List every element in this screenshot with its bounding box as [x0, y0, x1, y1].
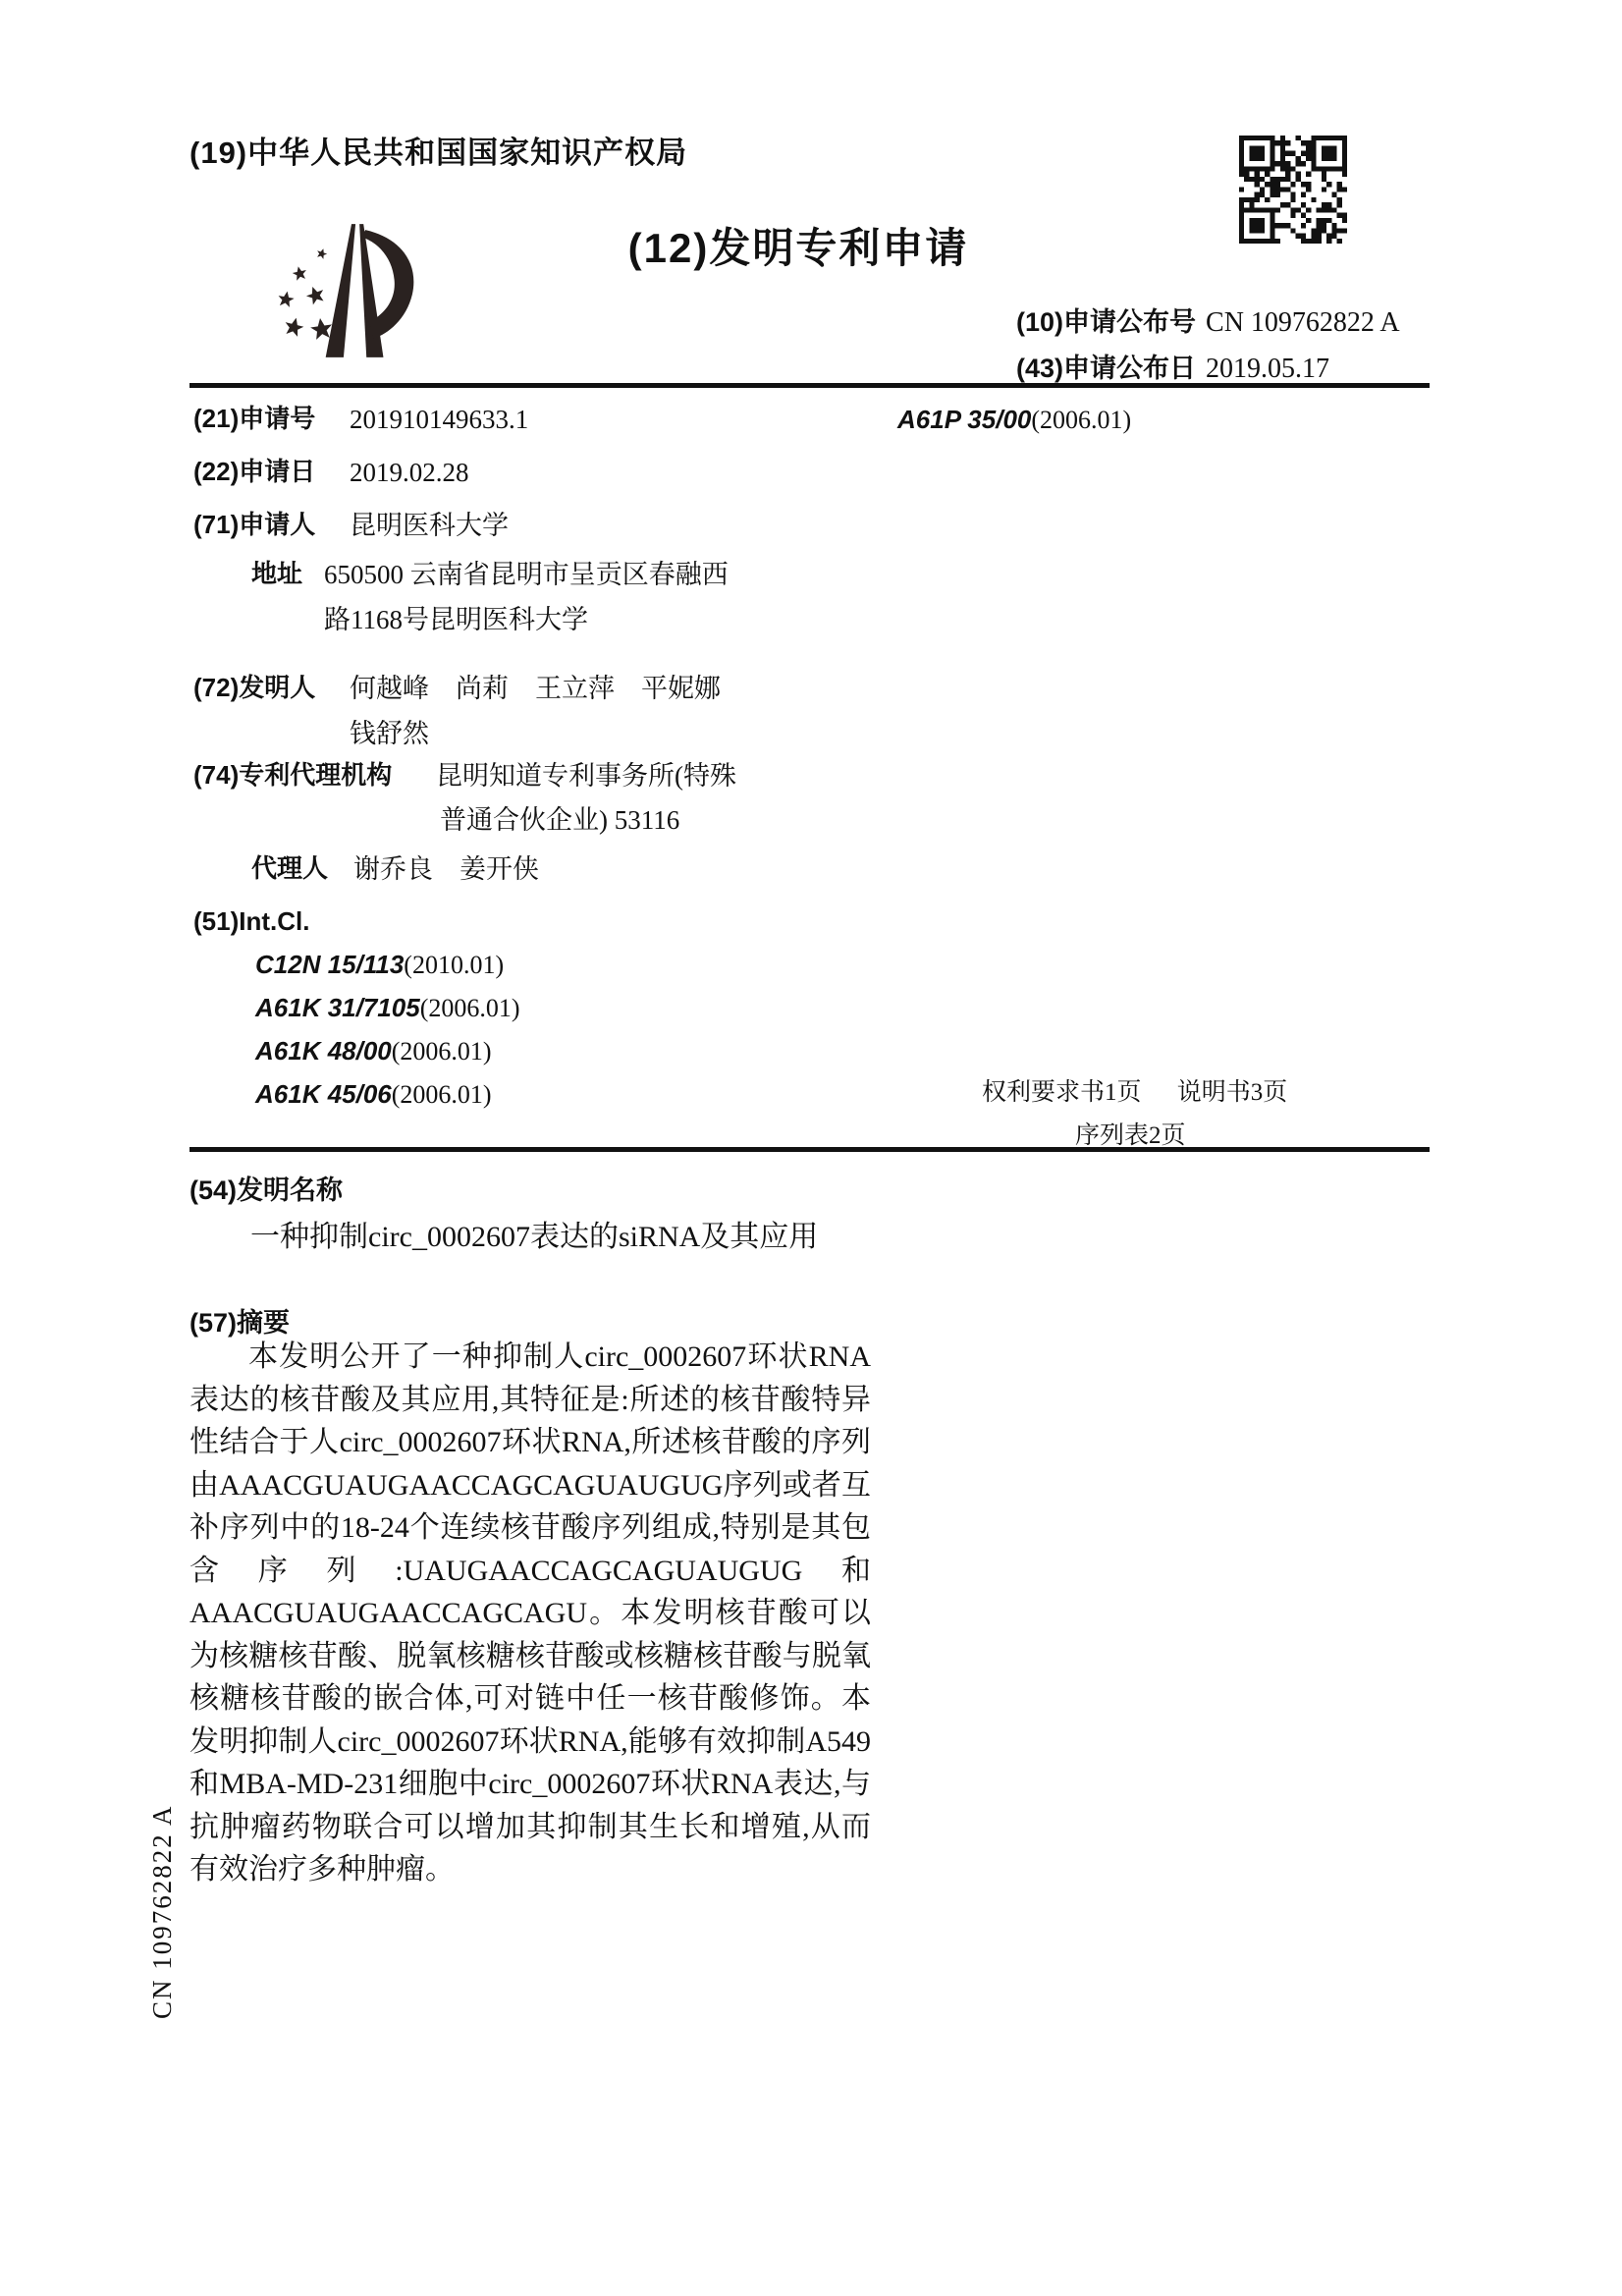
horizontal-rule-top [189, 383, 1430, 388]
filing-date-row: (22)申请日 2019.02.28 [193, 458, 315, 487]
abstract-label: (57)摘要 [189, 1301, 290, 1339]
abstract-text: 本发明公开了一种抑制人circ_0002607环状RNA表达的核苷酸及其应用,其… [189, 1336, 871, 1891]
inventors-value-line2: 钱舒然 [350, 720, 429, 749]
intcl-item: C12N 15/113(2010.01) [255, 951, 504, 980]
side-publication-number: CN 109762822 A [147, 1808, 178, 2019]
intcl-item: A61K 31/7105(2006.01) [255, 994, 520, 1023]
agent-value: 谢乔良 姜开侠 [353, 855, 539, 885]
intcl-item-right: A61P 35/00(2006.01) [897, 406, 1131, 435]
application-number-value: 201910149633.1 [350, 406, 528, 435]
intcl-year: (2006.01) [392, 1080, 492, 1109]
description-pages: 说明书3页 [1177, 1079, 1288, 1106]
agency-label: (74)专利代理机构 [193, 760, 392, 790]
inventors-value-line1: 何越峰 尚莉 王立萍 平妮娜 [350, 675, 721, 704]
address-row: 地址 650500 云南省昆明市呈贡区春融西 [251, 560, 302, 589]
address-value-line1: 650500 云南省昆明市呈贡区春融西 [324, 561, 729, 590]
intcl-item: A61K 48/00(2006.01) [255, 1037, 492, 1066]
intcl-code: A61K 45/06 [255, 1079, 392, 1109]
publication-date-row: (43)申请公布日2019.05.17 [1016, 347, 1329, 385]
agent-row: 代理人 谢乔良 姜开侠 [251, 854, 328, 884]
pub-date-value: 2019.05.17 [1206, 354, 1329, 384]
agency-value-line2: 普通合伙企业) 53116 [440, 806, 679, 836]
filing-date-value: 2019.02.28 [350, 459, 469, 488]
intcl-year: (2010.01) [404, 951, 504, 979]
inventors-label: (72)发明人 [193, 673, 315, 702]
intcl-item: A61K 45/06(2006.01) [255, 1080, 492, 1110]
invention-title-label: (54)发明名称 [189, 1169, 343, 1207]
intcl-code: C12N 15/113 [255, 950, 404, 979]
intcl-code: A61P 35/00 [897, 405, 1031, 434]
agency-value-line1: 昆明知道专利事务所(特殊 [436, 762, 736, 792]
intcl-year: (2006.01) [1031, 406, 1131, 434]
filing-date-label: (22)申请日 [193, 457, 315, 486]
agent-label: 代理人 [251, 853, 328, 883]
pages-info-line2: 序列表2页 [1075, 1116, 1186, 1151]
patent-front-page: (19)中华人民共和国国家知识产权局 (12)发明专利申请 (10)申请公布号C… [0, 0, 1622, 2296]
invention-title: 一种抑制circ_0002607表达的siRNA及其应用 [189, 1214, 839, 1261]
intcl-label: (51)Int.Cl. [193, 907, 309, 936]
document-type-title: (12)发明专利申请 [189, 216, 1407, 275]
intcl-year: (2006.01) [392, 1037, 492, 1066]
patent-office-name: (19)中华人民共和国国家知识产权局 [189, 128, 687, 172]
applicant-row: (71)申请人 昆明医科大学 [193, 511, 315, 540]
inventors-row: (72)发明人 何越峰 尚莉 王立萍 平妮娜 [193, 674, 315, 703]
publication-number-row: (10)申请公布号CN 109762822 A [1016, 301, 1400, 339]
pages-info-line1: 权利要求书1页 说明书3页 [982, 1072, 1287, 1108]
intcl-code: A61K 31/7105 [255, 993, 420, 1022]
pub-no-label: (10)申请公布号 [1016, 307, 1196, 337]
pub-no-value: CN 109762822 A [1206, 307, 1400, 338]
address-label: 地址 [251, 559, 302, 588]
intcl-code: A61K 48/00 [255, 1036, 392, 1066]
applicant-label: (71)申请人 [193, 510, 315, 539]
applicant-value: 昆明医科大学 [350, 512, 509, 541]
claims-pages: 权利要求书1页 [982, 1079, 1142, 1106]
horizontal-rule-middle [189, 1147, 1430, 1152]
application-number-label: (21)申请号 [193, 404, 315, 433]
sequence-pages: 序列表2页 [1075, 1122, 1186, 1149]
intcl-year: (2006.01) [420, 994, 520, 1022]
pub-date-label: (43)申请公布日 [1016, 354, 1196, 383]
agency-row: (74)专利代理机构 昆明知道专利事务所(特殊 [193, 761, 392, 791]
address-value-line2: 路1168号昆明医科大学 [324, 606, 588, 635]
application-number-row: (21)申请号 201910149633.1 [193, 405, 315, 434]
